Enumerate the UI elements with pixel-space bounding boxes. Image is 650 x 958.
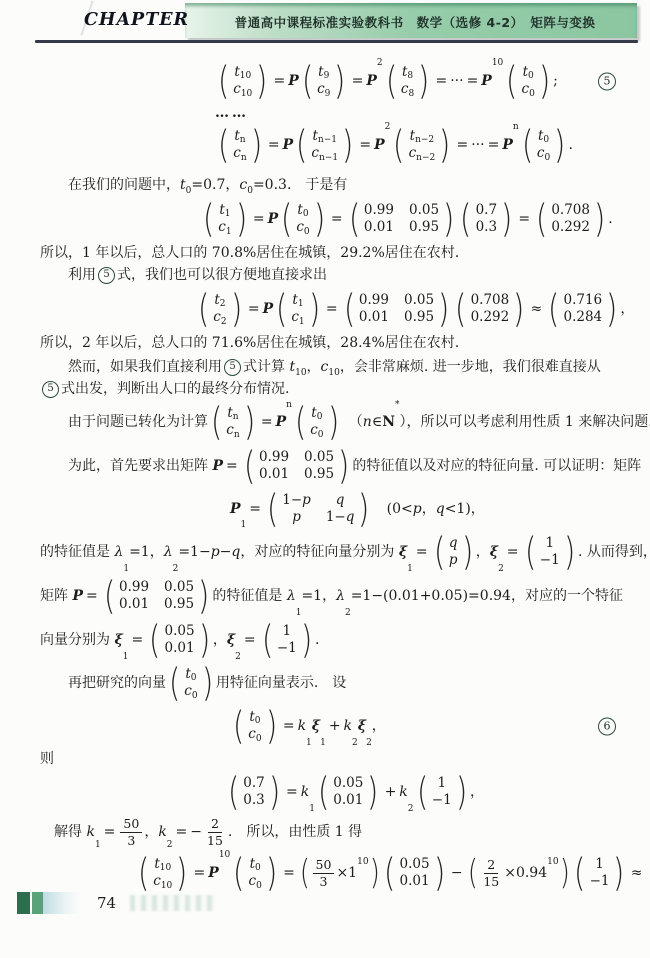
text-run: 0.95 xyxy=(304,466,334,484)
fraction: 215 xyxy=(480,857,502,889)
text-run: …… xyxy=(215,105,249,121)
text-run: 为此，首先要求出矩阵 xyxy=(68,456,212,477)
text-run: 0 xyxy=(303,209,309,219)
text-run: 0.01 xyxy=(359,309,389,327)
matrix: tn−1cn−1 xyxy=(295,128,354,163)
matrix-cell: tn−2 xyxy=(409,128,436,146)
text-run: 1 xyxy=(299,317,305,327)
matrix-cell: −1 xyxy=(431,792,453,810)
text-run: = xyxy=(258,412,276,433)
matrix-cell: q xyxy=(448,535,459,553)
fraction-denominator: 15 xyxy=(480,874,502,890)
text-run: = xyxy=(265,135,283,156)
text-run: ， xyxy=(144,822,158,843)
text-run: 0.95 xyxy=(404,309,434,327)
matrix-body: tn−2cn−2 xyxy=(406,128,439,163)
matrix-cell: t0 xyxy=(249,856,262,874)
footer-fade-block xyxy=(43,892,81,914)
text-run: 矩阵 xyxy=(40,586,72,607)
text-run: ，会非常麻烦. 进一步地，我们很难直接从 xyxy=(340,357,601,378)
text-run: n−1 xyxy=(319,153,338,163)
matrix: t2c2 xyxy=(197,292,243,327)
text-run: 0.284 xyxy=(564,309,603,327)
matrix-cell: 0.7 xyxy=(475,202,498,220)
equation-6: 6 t0c0=k1ξ1+k2ξ2， xyxy=(230,704,624,748)
text-run: ， xyxy=(470,782,484,803)
matrix-body: 1−1 xyxy=(537,535,563,570)
matrix-cell: t0 xyxy=(184,666,197,684)
text-run: n−2 xyxy=(415,135,434,145)
text-run: . xyxy=(608,209,612,230)
matrix: 0.7080.292 xyxy=(535,202,606,237)
paragraph-however-2: 5式出发，判断出人口的最终分布情况. xyxy=(40,378,624,400)
text-run: 2 xyxy=(377,58,383,68)
matrix-cell: c0 xyxy=(247,726,262,744)
matrix-body: 0.7080.292 xyxy=(548,202,593,237)
text-run: 0.3 xyxy=(243,792,264,810)
text-run: n xyxy=(233,412,239,422)
text-run: 1 xyxy=(225,209,231,219)
text-run: 解得 xyxy=(54,822,86,843)
text-run: 0 xyxy=(318,430,324,440)
equation-number-5: 5 xyxy=(596,71,618,92)
text-run: 0.05 xyxy=(333,775,363,793)
text-run: = xyxy=(191,863,209,884)
text-run: ， xyxy=(422,499,436,520)
text-run: 利用 xyxy=(68,265,96,286)
matrix-cell: 0.292 xyxy=(470,309,511,327)
matrix-cell: t1 xyxy=(218,202,231,220)
text-run: 0 xyxy=(544,153,550,163)
text-run: P xyxy=(212,456,223,477)
equation-t1: t1c1=Pt0c0=0.990.050.010.950.70.3=0.7080… xyxy=(200,196,624,242)
header-rule xyxy=(35,40,638,43)
matrix: 1−pqp1−q xyxy=(266,492,371,527)
matrix-body: 1−1 xyxy=(274,623,300,658)
text-run: = xyxy=(271,71,289,92)
matrix-cell: c1 xyxy=(290,309,305,327)
matrix-body: t8c8 xyxy=(398,64,417,99)
text-run: 2 xyxy=(352,738,358,748)
circled-number-inline: 5 xyxy=(98,267,115,284)
matrix: 0.050.01 xyxy=(148,623,211,658)
text-run: ， xyxy=(372,716,386,737)
matrix-cell: 0.99 xyxy=(358,292,390,310)
circled-6: 6 xyxy=(598,717,616,735)
text-run: = xyxy=(464,71,482,92)
matrix-cell: 0.3 xyxy=(242,792,265,810)
fraction: 215 xyxy=(204,816,226,848)
text-run: k xyxy=(158,822,166,843)
text-run: ≈ xyxy=(528,299,546,320)
matrix: t10c10 xyxy=(137,856,189,891)
paren-group: 503×110 xyxy=(299,857,380,889)
matrix-cell: 1−q xyxy=(325,509,356,527)
text-run: −1 xyxy=(277,640,297,658)
text-run: 0.01 xyxy=(333,792,363,810)
text-run: 0.708 xyxy=(551,202,590,220)
matrix-cell: t8 xyxy=(401,64,414,82)
matrix: tncn xyxy=(217,128,263,163)
text-run: c xyxy=(311,145,319,163)
matrix: qp xyxy=(433,535,474,570)
matrix-cell: 0.01 xyxy=(163,640,195,658)
paren-group: 215×0.9410 xyxy=(467,857,571,889)
matrix: t0c0 xyxy=(294,405,340,440)
matrix-body: 1−1 xyxy=(429,775,455,810)
text-run: 2 xyxy=(345,608,351,618)
text-run: c xyxy=(249,873,257,891)
text-run: = xyxy=(485,135,503,156)
matrix: 0.7160.284 xyxy=(547,292,618,327)
matrix-body: tncn xyxy=(223,405,242,440)
text-run: − xyxy=(220,542,232,563)
text-run: 10 xyxy=(328,368,339,378)
text-run: 0.7 xyxy=(476,202,497,220)
text-run: 1 xyxy=(296,608,302,618)
matrix-body: t0c0 xyxy=(293,202,312,237)
matrix-cell: 0.05 xyxy=(163,623,195,641)
text-run: n−1 xyxy=(318,135,337,145)
text-run: c xyxy=(218,219,226,237)
text-run: c xyxy=(296,219,304,237)
paragraph-convert: 由于问题已转化为计算tncn=Pnt0c0 （n∈N*），所以可以考虑利用性质 … xyxy=(40,400,624,444)
matrix: 0.7080.292 xyxy=(454,292,525,327)
matrix-cell: t1 xyxy=(291,292,304,310)
text-run: = xyxy=(349,71,367,92)
matrix-cell: t0 xyxy=(248,709,261,727)
text-run: （ xyxy=(342,412,363,433)
text-run: 所以，1 年以后，总人口的 70.8%居住在城镇，29.2%居住在农村. xyxy=(40,243,459,264)
matrix-cell: c8 xyxy=(400,81,415,99)
text-run: 10 xyxy=(240,71,251,81)
paragraph-year1-result: 所以，1 年以后，总人口的 70.8%居住在城镇，29.2%居住在农村. xyxy=(40,242,624,264)
text-run: P xyxy=(374,135,385,156)
text-run: c xyxy=(153,873,161,891)
fraction: 503 xyxy=(120,816,142,848)
matrix-cell: t10 xyxy=(233,64,252,82)
text-run: P xyxy=(263,299,274,320)
matrix: 0.990.050.010.95 xyxy=(103,579,211,614)
text-run: n xyxy=(286,400,292,410)
text-run: 0 xyxy=(255,863,261,873)
text-run: ， xyxy=(307,357,321,378)
text-run: =0.7， xyxy=(191,175,239,196)
text-run: n−2 xyxy=(416,153,435,163)
paragraph-eigen-desc: 的特征值是 λ1=1，λ2=1−p−q，对应的特征向量分别为 ξ1=qp，ξ2=… xyxy=(40,530,624,574)
text-run: 0 xyxy=(256,881,262,891)
text-run: ··· xyxy=(450,71,463,92)
matrix-cell: c0 xyxy=(536,145,551,163)
matrix-body: 0.7160.284 xyxy=(561,292,606,327)
ellipsis: …… xyxy=(215,103,249,124)
text-run: p xyxy=(449,552,458,570)
footer-faint-stamp xyxy=(130,895,216,911)
text-run: = xyxy=(246,499,264,520)
book-title: 普通高中课程标准实验教科书 数学（选修 4-2） 矩阵与变换 xyxy=(200,13,630,31)
matrix: 1−1 xyxy=(573,856,625,891)
text-run: 2 xyxy=(173,564,179,574)
text-run: 所以，2 年以后，总人口的 71.6%居住在城镇，28.4%居住在农村. xyxy=(40,333,459,354)
text-run: . 从而得到， xyxy=(578,542,650,563)
matrix-body: 0.990.050.010.95 xyxy=(116,579,197,614)
matrix-cell: 0.01 xyxy=(118,596,150,614)
matrix: tn−2cn−2 xyxy=(392,128,451,163)
text-run: p xyxy=(413,499,422,520)
text-run: c xyxy=(226,422,234,440)
text-run: n xyxy=(240,135,246,145)
matrix-body: t0c0 xyxy=(246,856,265,891)
equation-final: t10c10=P10t0c0=503×1100.050.01−215×0.941… xyxy=(135,850,624,896)
matrix-cell: cn−1 xyxy=(310,145,339,163)
text-run: 在我们的问题中， xyxy=(68,175,180,196)
matrix-body: t0c0 xyxy=(245,709,264,744)
text-run: . xyxy=(315,630,319,651)
text-run: −1 xyxy=(590,873,610,891)
text-run: 1 xyxy=(309,804,315,814)
fraction-numerator: 50 xyxy=(120,816,142,833)
text-run: 2 xyxy=(221,317,227,327)
text-run: P xyxy=(230,499,241,520)
paragraph-P-eigen: 矩阵 P=0.990.050.010.95的特征值是 λ1=1，λ2=1−(0.… xyxy=(40,574,624,618)
text-run: 1− xyxy=(282,492,302,510)
text-run: P xyxy=(366,71,377,92)
text-run: k xyxy=(301,782,309,803)
text-run: n xyxy=(513,122,519,132)
matrix-cell: 0.716 xyxy=(563,292,604,310)
page-footer: 74 xyxy=(17,891,216,915)
text-run: 0.7 xyxy=(243,775,264,793)
fraction-denominator: 3 xyxy=(124,833,138,849)
text-run: P xyxy=(502,135,513,156)
matrix-cell: 1 xyxy=(544,535,555,553)
text-run: P xyxy=(276,412,287,433)
text-run: 1 xyxy=(437,775,446,793)
text-run: 10 xyxy=(357,857,368,867)
text-run: 式，我们也可以很方便地直接求出 xyxy=(117,265,327,286)
text-run: 10 xyxy=(161,881,172,891)
text-run: = xyxy=(356,135,374,156)
text-run: 1 xyxy=(241,520,247,530)
matrix: t0c0 xyxy=(232,709,278,744)
footer-green-block-dark xyxy=(17,892,30,914)
text-run: 的特征值以及对应的特征向量. 可以证明：矩阵 xyxy=(352,456,641,477)
matrix: 0.990.050.010.95 xyxy=(243,449,351,484)
text-run: 10 xyxy=(219,850,230,860)
text-run: 10 xyxy=(160,863,171,873)
matrix-cell: t0 xyxy=(522,64,535,82)
matrix-body: tn−1cn−1 xyxy=(308,128,341,163)
text-run: ; xyxy=(553,71,558,92)
text-run: = xyxy=(173,822,191,843)
text-run: P xyxy=(481,71,492,92)
text-run: 由于问题已转化为计算 xyxy=(68,412,208,433)
matrix-cell: 0.99 xyxy=(118,579,150,597)
text-run: 1 xyxy=(407,564,413,574)
text-run: 0.292 xyxy=(471,309,510,327)
matrix-cell: p xyxy=(448,552,459,570)
matrix-cell: 0.99 xyxy=(363,202,395,220)
matrix: t8c8 xyxy=(385,64,431,99)
matrix: 1−1 xyxy=(416,775,468,810)
text-run: 1 xyxy=(545,535,554,553)
text-run: p xyxy=(292,509,301,527)
matrix-body: qp xyxy=(446,535,461,570)
text-run: 的特征值是 xyxy=(212,586,286,607)
matrix-body: t1c1 xyxy=(215,202,234,237)
text-run: ξ xyxy=(227,630,235,651)
equation-P1: P1=1−pqp1−q (0<p，q<1)， xyxy=(230,488,624,530)
text-run: 0.05 xyxy=(400,856,430,874)
text-run: = xyxy=(515,209,533,230)
text-run: 1 xyxy=(226,227,232,237)
matrix-cell: 0.99 xyxy=(258,449,290,467)
equation-5-line-1: 5 t10c10=Pt9c9=P2t8c8=···=P10t0c0; xyxy=(215,58,624,104)
matrix: tncn xyxy=(210,405,256,440)
text-run: − xyxy=(448,863,466,884)
matrix-cell: 1 xyxy=(436,775,447,793)
text-run: 0.716 xyxy=(564,292,603,310)
text-run: q xyxy=(336,492,345,510)
text-run: 1 xyxy=(306,738,312,748)
text-run: ，对应的特征向量分别为 xyxy=(240,542,398,563)
text-run: + xyxy=(382,782,400,803)
text-run: 0.01 xyxy=(119,596,149,614)
matrix-cell: t0 xyxy=(537,128,550,146)
matrix-body: 0.050.01 xyxy=(330,775,366,810)
text-run: k xyxy=(344,716,352,737)
text-run: 1 xyxy=(595,856,604,874)
text-run: c xyxy=(522,81,530,99)
matrix: 0.050.01 xyxy=(317,775,380,810)
text-run: ， xyxy=(620,299,634,320)
matrix-cell: cn xyxy=(232,145,247,163)
text-run: 0.01 xyxy=(400,873,430,891)
text-run: 0 xyxy=(255,716,261,726)
matrix-cell: t9 xyxy=(317,64,330,82)
text-run: 2 xyxy=(235,652,241,662)
matrix-cell: t10 xyxy=(153,856,172,874)
text-run: P xyxy=(283,135,294,156)
text-run: ， xyxy=(476,542,490,563)
ellipsis-line: …… xyxy=(215,104,624,122)
text-run: 0 xyxy=(543,135,549,145)
matrix-body: t10c10 xyxy=(230,64,255,99)
matrix: 0.70.3 xyxy=(459,202,513,237)
matrix-cell: t0 xyxy=(310,405,323,423)
matrix-body: t9c9 xyxy=(314,64,333,99)
matrix-cell: tn xyxy=(226,405,239,423)
text-run: 0.99 xyxy=(259,449,289,467)
text-run: c xyxy=(233,81,241,99)
text-run: 10 xyxy=(492,58,503,68)
matrix: t0c0 xyxy=(232,856,278,891)
text-run: 2 xyxy=(220,299,226,309)
text-run: ξ xyxy=(490,542,498,563)
text-run: = xyxy=(83,586,101,607)
matrix-cell: 0.05 xyxy=(408,202,440,220)
matrix-body: 1−pqp1−q xyxy=(279,492,357,527)
text-run: c xyxy=(291,309,299,327)
text-run: 0 xyxy=(529,89,535,99)
matrix-cell: 0.05 xyxy=(399,856,431,874)
matrix-body: 0.050.01 xyxy=(397,856,433,891)
matrix-cell: 0.3 xyxy=(475,219,498,237)
fraction-numerator: 50 xyxy=(313,857,335,874)
text-run: = xyxy=(128,630,146,651)
text-run: 0.05 xyxy=(404,292,434,310)
matrix-cell: −1 xyxy=(276,640,298,658)
text-run: 0.99 xyxy=(119,579,149,597)
text-run: ），所以可以考虑利用性质 1 来解决问题. xyxy=(399,412,650,433)
text-run: k xyxy=(298,716,306,737)
text-run: 2 xyxy=(498,564,504,574)
text-run: 2 xyxy=(408,804,414,814)
text-run: 1 xyxy=(298,299,304,309)
text-run: 式计算 xyxy=(243,357,289,378)
matrix-cell: p xyxy=(291,509,302,527)
text-run: = xyxy=(280,716,298,737)
matrix: t1c1 xyxy=(202,202,248,237)
text-run: ×1 xyxy=(336,863,357,884)
text-run: 0.01 xyxy=(259,466,289,484)
text-run: c xyxy=(537,145,545,163)
matrix: t9c9 xyxy=(301,64,347,99)
text-run: 0 xyxy=(191,673,197,683)
fraction-numerator: 2 xyxy=(208,816,222,833)
text-run: = xyxy=(328,209,346,230)
text-run: = xyxy=(432,71,450,92)
matrix-cell: c2 xyxy=(212,309,227,327)
matrix-cell: c0 xyxy=(295,219,310,237)
text-run: n xyxy=(363,412,372,433)
text-run: P xyxy=(288,71,299,92)
matrix-cell: 1 xyxy=(594,856,605,874)
matrix-cell: 0.01 xyxy=(358,309,390,327)
text-run: 0 xyxy=(317,412,323,422)
matrix-body: 0.7080.292 xyxy=(468,292,513,327)
fraction: 503 xyxy=(313,857,335,889)
matrix-body: t0c0 xyxy=(534,128,553,163)
paragraph-use-eq5: 利用5式，我们也可以很方便地直接求出 xyxy=(40,264,624,286)
matrix-body: tncn xyxy=(230,128,249,163)
matrix: t1c1 xyxy=(275,292,321,327)
text-run: q xyxy=(449,535,458,553)
text-run: = xyxy=(241,630,259,651)
matrix-cell: −1 xyxy=(539,552,561,570)
text-run: k xyxy=(86,822,94,843)
text-run: c xyxy=(239,175,247,196)
text-run: 0.01 xyxy=(364,219,394,237)
text-run: 用特征向量表示. 设 xyxy=(216,673,346,694)
text-run: 10 xyxy=(241,89,252,99)
equation-number-6: 6 xyxy=(596,716,618,737)
page-content: 5 t10c10=Pt9c9=P2t8c8=···=P10t0c0; …… tn… xyxy=(0,46,650,896)
matrix: t0c0 xyxy=(521,128,567,163)
text-run: 1 xyxy=(123,652,129,662)
text-run: ξ xyxy=(399,542,407,563)
text-run: ξ xyxy=(114,630,122,651)
text-run: 9 xyxy=(325,89,331,99)
matrix: 1−1 xyxy=(524,535,576,570)
equation-solve-k: 0.70.3=k10.050.01+k21−1， xyxy=(225,770,624,814)
text-run: q xyxy=(231,542,240,563)
text-run: c xyxy=(213,309,221,327)
text-run: 的特征值是 xyxy=(40,542,114,563)
text-run: P xyxy=(208,863,219,884)
paragraph-solved-k: 解得 k1=503，k2=−215. 所以，由性质 1 得 xyxy=(40,814,624,850)
matrix-cell: 0.7 xyxy=(242,775,265,793)
